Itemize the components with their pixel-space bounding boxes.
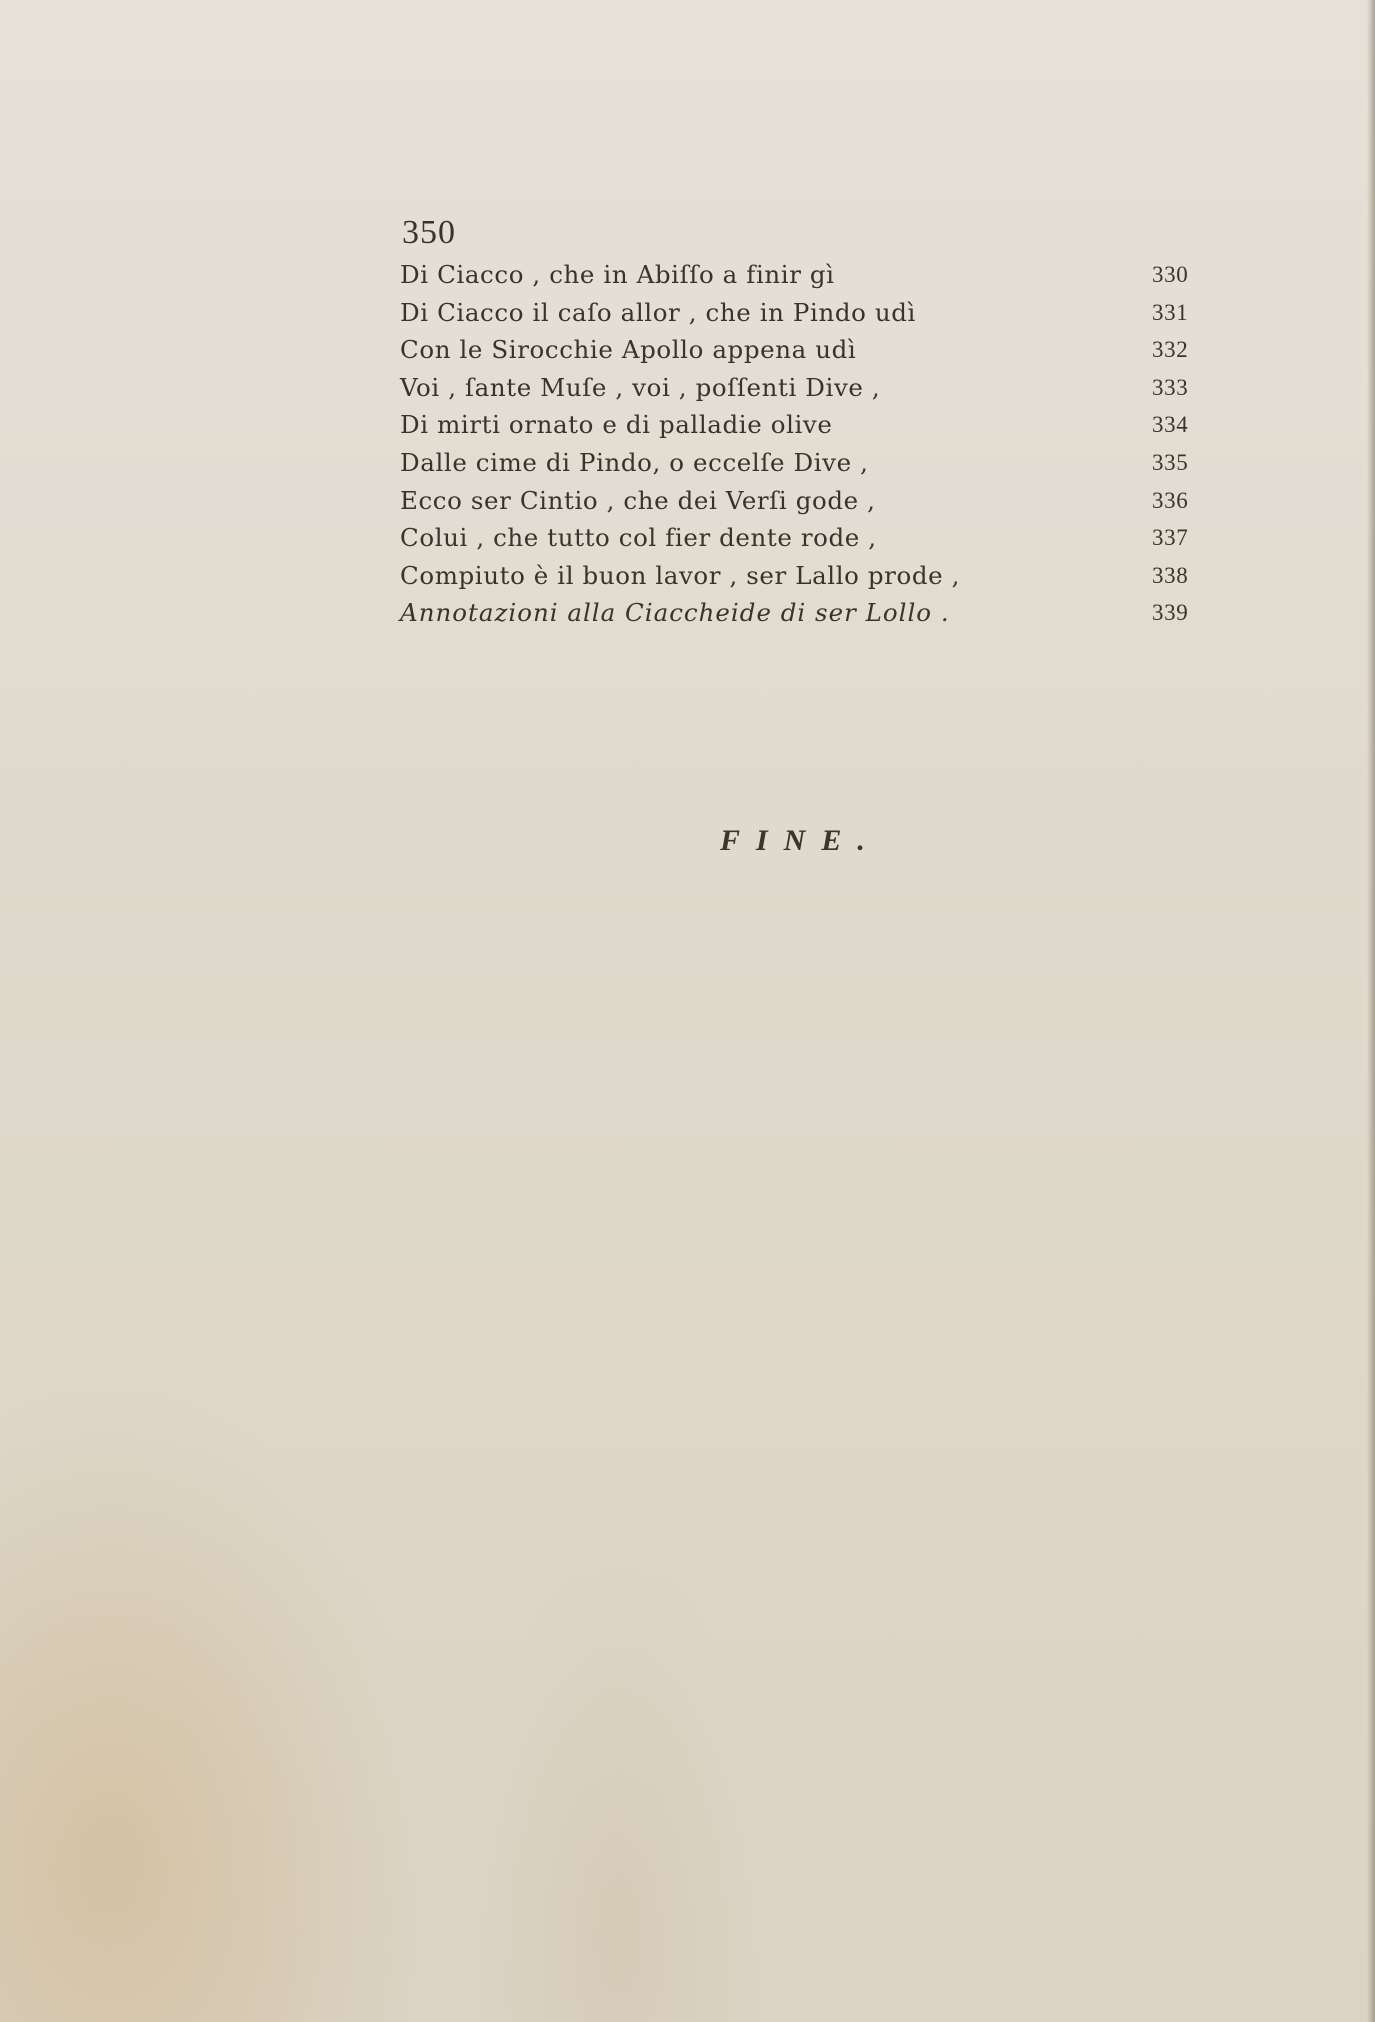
colophon-fine: FINE.: [720, 824, 881, 858]
toc-entry-page: 332: [1152, 331, 1202, 369]
toc-entry-title: Di Ciacco il caſo allor , che in Pindo u…: [400, 294, 916, 332]
toc-entry-title: Di mirti ornato e di palladie olive: [400, 406, 832, 444]
toc-entry-page: 330: [1152, 256, 1202, 294]
toc-entry-page: 334: [1152, 406, 1202, 444]
toc-entry-title: Di Ciacco , che in Abiſſo a finir gì: [400, 256, 835, 294]
page-edge-shadow: [1367, 0, 1375, 2022]
toc-entry: Di Ciacco il caſo allor , che in Pindo u…: [400, 294, 1200, 332]
toc-entry: Compiuto è il buon lavor , ser Lallo pro…: [400, 557, 1200, 595]
toc-entry: Voi , ſante Muſe , voi , poſſenti Dive ,…: [400, 369, 1200, 407]
toc-entry-page: 331: [1152, 294, 1202, 332]
toc-entry-page: 338: [1152, 557, 1202, 595]
toc-entry: Dalle cime di Pindo, o eccelſe Dive , 33…: [400, 444, 1200, 482]
page-number: 350: [402, 214, 456, 252]
toc-entry: Di mirti ornato e di palladie olive 334: [400, 406, 1200, 444]
toc-entry: Colui , che tutto col fier dente rode , …: [400, 519, 1200, 557]
toc-entry-title: Compiuto è il buon lavor , ser Lallo pro…: [400, 557, 960, 595]
toc-entry-title: Con le Sirocchie Apollo appena udì: [400, 331, 856, 369]
toc-entry-page: 335: [1152, 444, 1202, 482]
toc-entry-title: Ecco ser Cintio , che dei Verſi gode ,: [400, 482, 876, 520]
toc-entry-page: 333: [1152, 369, 1202, 407]
toc-entry-title: Colui , che tutto col fier dente rode ,: [400, 519, 877, 557]
toc-entry: Di Ciacco , che in Abiſſo a finir gì 330: [400, 256, 1200, 294]
toc-entry-page: 336: [1152, 482, 1202, 520]
toc-entry: Con le Sirocchie Apollo appena udì 332: [400, 331, 1200, 369]
toc-entry-annotations: Annotazioni alla Ciaccheide di ser Lollo…: [400, 594, 1200, 632]
toc-entry: Ecco ser Cintio , che dei Verſi gode , 3…: [400, 482, 1200, 520]
toc-entry-title: Voi , ſante Muſe , voi , poſſenti Dive ,: [400, 369, 880, 407]
toc-entry-page: 339: [1152, 594, 1202, 632]
table-of-contents: Di Ciacco , che in Abiſſo a finir gì 330…: [400, 256, 1200, 632]
toc-entry-title: Dalle cime di Pindo, o eccelſe Dive ,: [400, 444, 868, 482]
toc-entry-title: Annotazioni alla Ciaccheide di ser Lollo…: [400, 594, 950, 632]
toc-entry-page: 337: [1152, 519, 1202, 557]
book-page: 350 Di Ciacco , che in Abiſſo a finir gì…: [0, 0, 1375, 2022]
